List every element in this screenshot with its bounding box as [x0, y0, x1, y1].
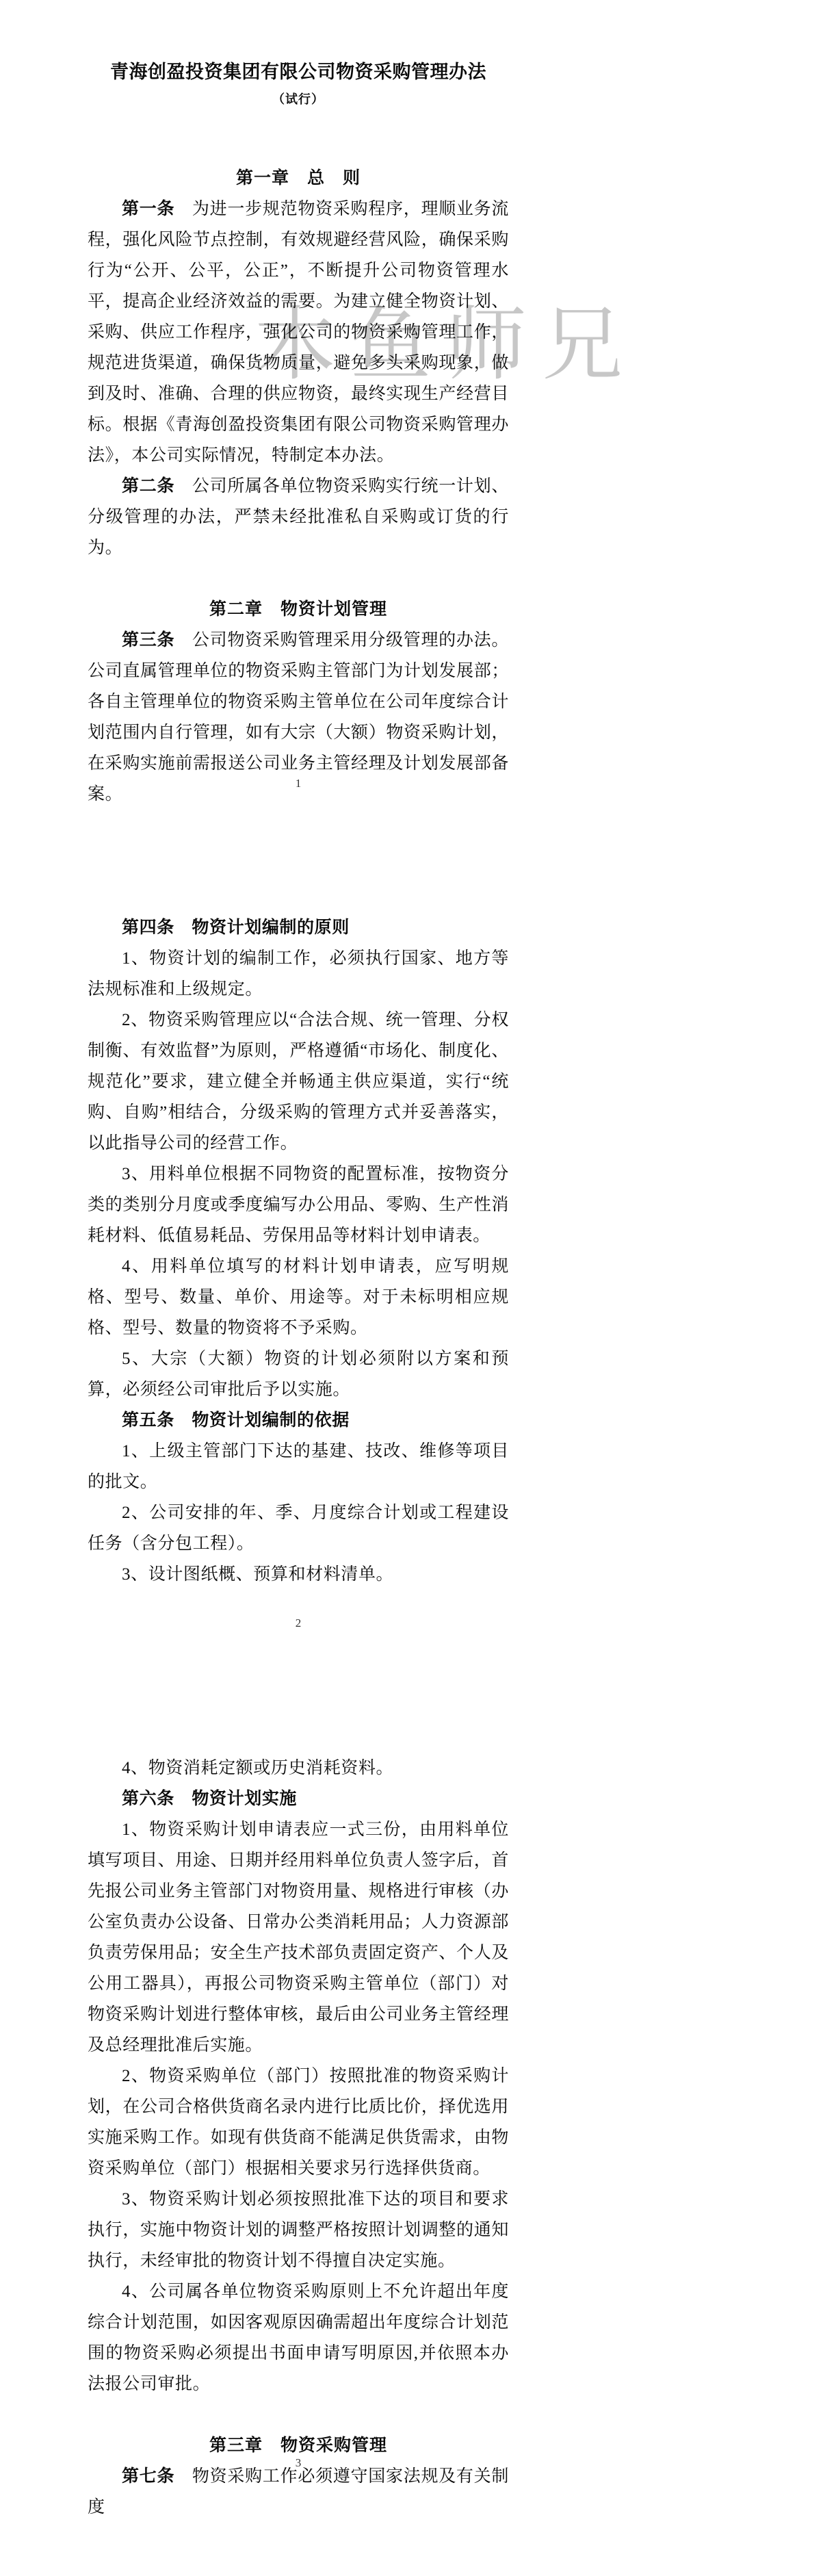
paragraph: 第七条 物资采购工作必须遵守国家法规及有关制度 [88, 2461, 509, 2523]
page-3: 4、物资消耗定额或历史消耗资料。第六条 物资计划实施1、物资采购计划申请表应一式… [88, 1753, 509, 2523]
paragraph: 第五条 物资计划编制的依据 [88, 1405, 509, 1436]
page-1: 青海创盈投资集团有限公司物资采购管理办法 （试行） 第一章 总 则第一条 为进一… [88, 60, 509, 810]
paragraph: 4、公司属各单位物资采购原则上不允许超出年度综合计划范围，如因客观原因确需超出年… [88, 2276, 509, 2399]
paragraph: 4、物资消耗定额或历史消耗资料。 [88, 1753, 509, 1783]
paragraph: 1、上级主管部门下达的基建、技改、维修等项目的批文。 [88, 1436, 509, 1497]
paragraph: 第四条 物资计划编制的原则 [88, 912, 509, 943]
paragraph: 4、用料单位填写的材料计划申请表，应写明规格、型号、数量、单价、用途等。对于未标… [88, 1251, 509, 1343]
page-2: 第四条 物资计划编制的原则1、物资计划的编制工作，必须执行国家、地方等法规标准和… [88, 912, 509, 1590]
document-subtitle: （试行） [88, 90, 509, 108]
paragraph: 第一条 为进一步规范物资采购程序，理顺业务流程，强化风险节点控制，有效规避经营风… [88, 194, 509, 471]
paragraph: 第二条 公司所属各单位物资采购实行统一计划、分级管理的办法，严禁未经批准私自采购… [88, 471, 509, 563]
page-1-content: 第一章 总 则第一条 为进一步规范物资采购程序，理顺业务流程，强化风险节点控制，… [88, 163, 509, 810]
page-number-3: 3 [88, 2456, 509, 2470]
page-2-content: 第四条 物资计划编制的原则1、物资计划的编制工作，必须执行国家、地方等法规标准和… [88, 912, 509, 1590]
page-number-2: 2 [88, 1617, 509, 1630]
chapter-heading: 第二章 物资计划管理 [88, 594, 509, 625]
page-3-content: 4、物资消耗定额或历史消耗资料。第六条 物资计划实施1、物资采购计划申请表应一式… [88, 1753, 509, 2523]
paragraph: 5、大宗（大额）物资的计划必须附以方案和预算，必须经公司审批后予以实施。 [88, 1343, 509, 1405]
paragraph: 2、物资采购管理应以“合法合规、统一管理、分权制衡、有效监督”为原则，严格遵循“… [88, 1005, 509, 1159]
paragraph: 3、用料单位根据不同物资的配置标准，按物资分类的类别分月度或季度编写办公用品、零… [88, 1159, 509, 1251]
paragraph: 1、物资计划的编制工作，必须执行国家、地方等法规标准和上级规定。 [88, 943, 509, 1005]
paragraph: 1、物资采购计划申请表应一式三份，由用料单位填写项目、用途、日期并经用料单位负责… [88, 1814, 509, 2061]
document-title: 青海创盈投资集团有限公司物资采购管理办法 [88, 60, 509, 83]
document-canvas: 木鱼师兄 青海创盈投资集团有限公司物资采购管理办法 （试行） 第一章 总 则第一… [0, 0, 836, 2576]
page-number-1: 1 [88, 777, 509, 790]
paragraph: 3、物资采购计划必须按照批准下达的项目和要求执行，实施中物资计划的调整严格按照计… [88, 2184, 509, 2276]
paragraph: 第六条 物资计划实施 [88, 1783, 509, 1814]
paragraph: 3、设计图纸概、预算和材料清单。 [88, 1559, 509, 1590]
paragraph: 2、公司安排的年、季、月度综合计划或工程建设任务（含分包工程）。 [88, 1497, 509, 1559]
paragraph: 2、物资采购单位（部门）按照批准的物资采购计划，在公司合格供货商名录内进行比质比… [88, 2061, 509, 2184]
chapter-heading: 第一章 总 则 [88, 163, 509, 194]
